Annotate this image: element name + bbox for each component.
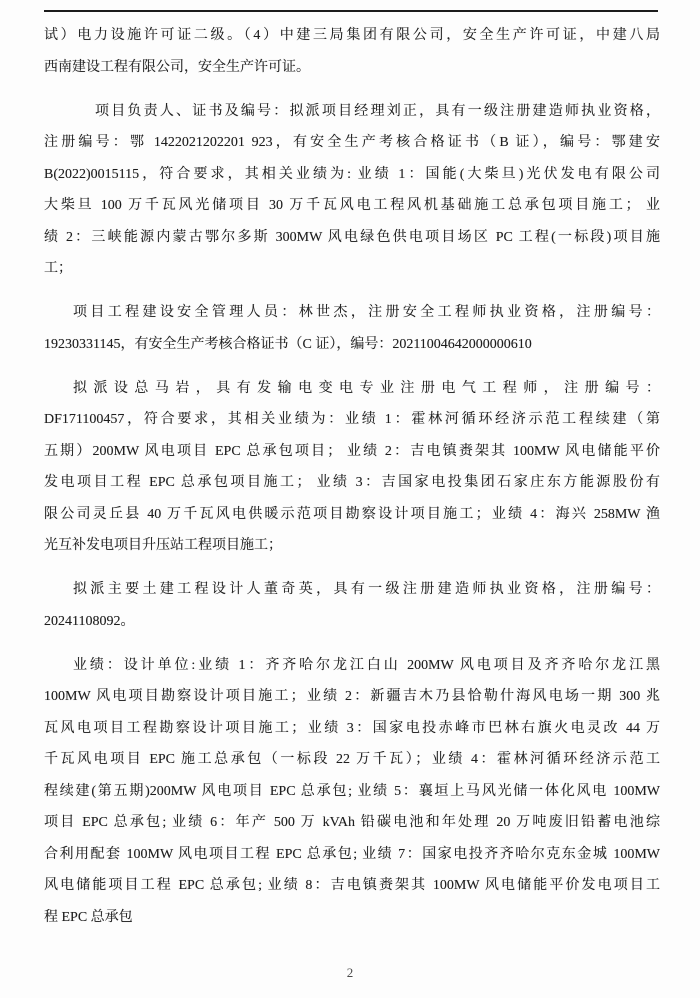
document-body: 试）电力设施许可证二级。（4）中建三局集团有限公司，安全生产许可证，中建八局西南… xyxy=(44,20,660,933)
paragraph: 拟派主要土建工程设计人董奇英，具有一级注册建造师执业资格，注册编号：202411… xyxy=(44,574,660,637)
text-line: 光互补发电项目升压站工程项目施工； xyxy=(44,530,660,562)
text-line: 程 EPC 总承包 xyxy=(44,902,660,934)
text-line: 20241108092。 xyxy=(44,606,660,638)
text-line: 千瓦风电项目 EPC 施工总承包（一标段 22 万千瓦）；业绩 4：霍林河循环经… xyxy=(44,744,660,776)
paragraph: 业绩：设计单位:业绩 1：齐齐哈尔龙江白山 200MW 风电项目及齐齐哈尔龙江黑… xyxy=(44,650,660,934)
page-number: 2 xyxy=(0,965,700,981)
header-rule xyxy=(44,10,658,12)
text-line: 19230331145，有安全生产考核合格证书（C 证），编号：20211004… xyxy=(44,329,660,361)
paragraph: 项目负责人、证书及编号：拟派项目经理刘正，具有一级注册建造师执业资格，注册编号：… xyxy=(44,96,660,285)
text-line: DF171100457，符合要求，其相关业绩为：业绩 1：霍林河循环经济示范工程… xyxy=(44,404,660,436)
paragraph: 项目工程建设安全管理人员：林世杰，注册安全工程师执业资格，注册编号：192303… xyxy=(44,297,660,360)
text-line: 注册编号：鄂 1422021202201 923，有安全生产考核合格证书（B 证… xyxy=(44,127,660,159)
text-line: 项目 EPC 总承包; 业绩 6：年产 500 万 kVAh 铅碳电池和年处理 … xyxy=(44,807,660,839)
document-page: 试）电力设施许可证二级。（4）中建三局集团有限公司，安全生产许可证，中建八局西南… xyxy=(0,0,700,998)
text-line: 绩 2：三峡能源内蒙古鄂尔多斯 300MW 风电绿色供电项目场区 PC 工程(一… xyxy=(44,222,660,254)
text-line: 合利用配套 100MW 风电项目工程 EPC 总承包; 业绩 7：国家电投齐齐哈… xyxy=(44,839,660,871)
text-line: 项目负责人、证书及编号：拟派项目经理刘正，具有一级注册建造师执业资格， xyxy=(44,96,660,128)
text-line: 拟派主要土建工程设计人董奇英，具有一级注册建造师执业资格，注册编号： xyxy=(44,574,660,606)
text-line: 瓦风电项目工程勘察设计项目施工；业绩 3：国家电投赤峰市巴林右旗火电灵改 44 … xyxy=(44,713,660,745)
text-line: 100MW 风电项目勘察设计项目施工；业绩 2：新疆吉木乃县恰勒什海风电场一期 … xyxy=(44,681,660,713)
paragraph: 试）电力设施许可证二级。（4）中建三局集团有限公司，安全生产许可证，中建八局西南… xyxy=(44,20,660,83)
text-line: B(2022)0015115，符合要求，其相关业绩为: 业绩 1：国能(大柴旦)… xyxy=(44,159,660,191)
text-line: 工； xyxy=(44,253,660,285)
text-line: 限公司灵丘县 40 万千瓦风电供暖示范项目勘察设计项目施工；业绩 4：海兴 25… xyxy=(44,499,660,531)
text-line: 五期）200MW 风电项目 EPC 总承包项目； 业绩 2：吉电镇赉架其 100… xyxy=(44,436,660,468)
text-line: 西南建设工程有限公司，安全生产许可证。 xyxy=(44,52,660,84)
text-line: 拟派设总马岩，具有发输电变电专业注册电气工程师，注册编号： xyxy=(44,373,660,405)
text-line: 大柴旦 100 万千瓦风光储项目 30 万千瓦风电工程风机基础施工总承包项目施工… xyxy=(44,190,660,222)
text-line: 程续建(第五期)200MW 风电项目 EPC 总承包; 业绩 5：襄垣上马风光储… xyxy=(44,776,660,808)
text-line: 试）电力设施许可证二级。（4）中建三局集团有限公司，安全生产许可证，中建八局 xyxy=(44,20,660,52)
text-line: 发电项目工程 EPC 总承包项目施工； 业绩 3：吉国家电投集团石家庄东方能源股… xyxy=(44,467,660,499)
paragraph: 拟派设总马岩，具有发输电变电专业注册电气工程师，注册编号：DF171100457… xyxy=(44,373,660,562)
text-line: 业绩：设计单位:业绩 1：齐齐哈尔龙江白山 200MW 风电项目及齐齐哈尔龙江黑 xyxy=(44,650,660,682)
text-line: 风电储能项目工程 EPC 总承包; 业绩 8：吉电镇赉架其 100MW 风电储能… xyxy=(44,870,660,902)
text-line: 项目工程建设安全管理人员：林世杰，注册安全工程师执业资格，注册编号： xyxy=(44,297,660,329)
